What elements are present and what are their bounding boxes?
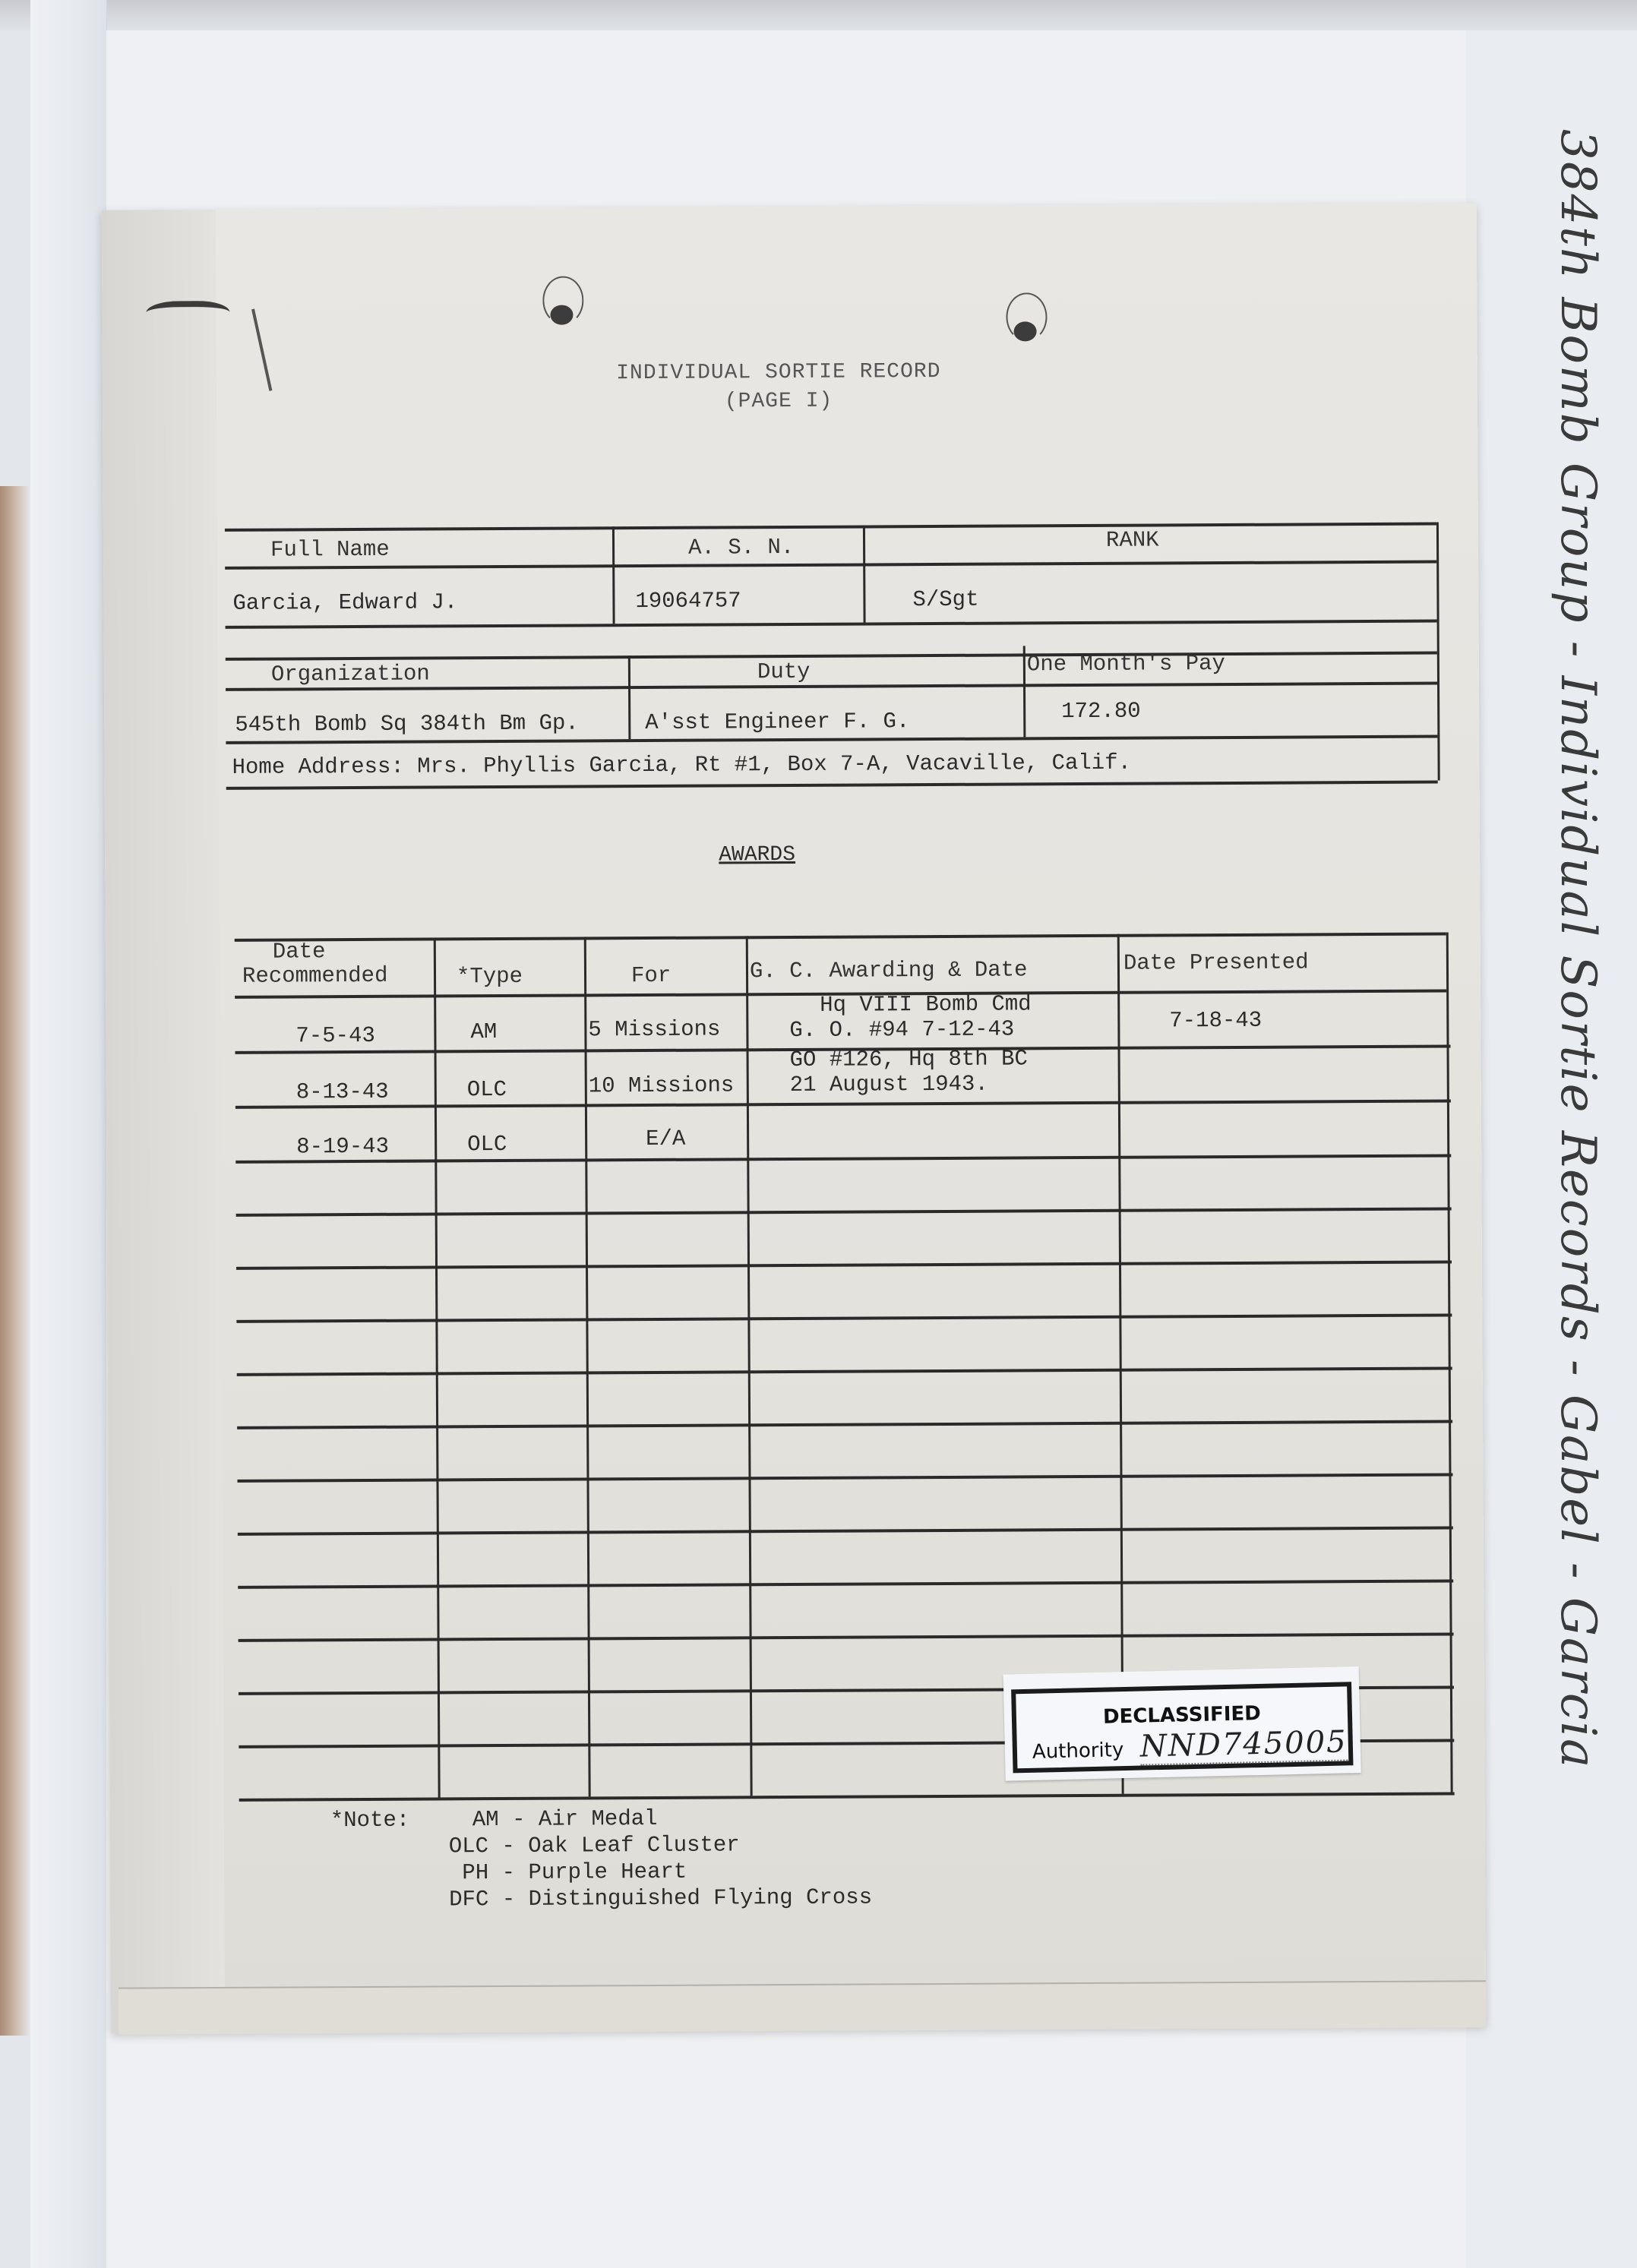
- sortie-record-page: INDIVIDUAL SORTIE RECORD (PAGE I) Full N…: [102, 203, 1487, 2033]
- declassified-stamp: DECLASSIFIED Authority NND745005: [1003, 1666, 1361, 1781]
- page-fold: [102, 210, 226, 2033]
- punch-hole-icon: [1006, 292, 1047, 341]
- col-header-gc-awarding: G. C. Awarding & Date: [750, 957, 1028, 984]
- handwritten-margin-note: 384th Bomb Group - Individual Sortie Rec…: [1550, 129, 1606, 1769]
- cell-date-presented: 7-18-43: [1169, 1008, 1262, 1034]
- staple-wire: [251, 308, 272, 390]
- col-header-date-presented: Date Presented: [1123, 949, 1309, 975]
- rank-value: S/Sgt: [912, 587, 978, 612]
- duty-value: A'sst Engineer F. G.: [645, 709, 909, 735]
- cell-for: 5 Missions: [588, 1017, 720, 1043]
- col-header-date-recommended: Date Recommended: [242, 940, 388, 989]
- cell-gc-line1: GO #126, Hq 8th BC: [790, 1046, 1028, 1072]
- cell-gc-line2: 21 August 1943.: [790, 1072, 988, 1098]
- folder-strip: [30, 0, 107, 2268]
- col-header-line: Date: [242, 940, 388, 965]
- home-address-value: Mrs. Phyllis Garcia, Rt #1, Box 7-A, Vac…: [417, 750, 1131, 779]
- cell-for: 10 Missions: [589, 1072, 735, 1098]
- legend-code: AM: [423, 1806, 499, 1834]
- title-text: INDIVIDUAL SORTIE RECORD: [589, 358, 969, 389]
- duty-label: Duty: [757, 659, 811, 684]
- page-bottom-edge: [119, 1980, 1486, 2034]
- home-address-label: Home Address:: [232, 754, 403, 780]
- stamp-border: DECLASSIFIED Authority NND745005: [1011, 1682, 1353, 1773]
- document-title: INDIVIDUAL SORTIE RECORD (PAGE I): [589, 358, 969, 418]
- organization-value: 545th Bomb Sq 384th Bm Gp.: [235, 710, 579, 737]
- legend-code: OLC: [412, 1833, 488, 1860]
- legend-item: DFC - Distinguished Flying Cross: [330, 1884, 872, 1913]
- awards-heading: AWARDS: [719, 843, 795, 867]
- legend-meaning: Purple Heart: [528, 1859, 687, 1885]
- legend-meaning: Distinguished Flying Cross: [529, 1884, 873, 1911]
- stamp-authority-value: NND745005: [1139, 1724, 1348, 1765]
- asn-value: 19064757: [635, 588, 741, 614]
- legend-item: PH - Purple Heart: [330, 1857, 872, 1887]
- organization-label: Organization: [271, 662, 430, 687]
- type-legend: *Note: AM - Air Medal OLC - Oak Leaf Clu…: [330, 1804, 872, 1913]
- cell-gc-line2: G. O. #94 7-12-43: [789, 1016, 1014, 1043]
- pay-label: One Month's Pay: [1027, 651, 1225, 677]
- cell-for: E/A: [646, 1126, 685, 1151]
- legend-code: PH: [412, 1859, 488, 1887]
- page-number: (PAGE I): [589, 387, 969, 418]
- col-header-type: *Type: [457, 964, 523, 989]
- cell-type: AM: [470, 1019, 497, 1044]
- asn-label: A. S. N.: [688, 535, 794, 561]
- cell-date-recommended: 7-5-43: [295, 1023, 375, 1049]
- legend-item: OLC - Oak Leaf Cluster: [330, 1831, 872, 1860]
- home-address-line: Home Address: Mrs. Phyllis Garcia, Rt #1…: [232, 750, 1131, 780]
- legend-label: *Note:: [330, 1808, 410, 1834]
- legend-item: *Note: AM - Air Medal: [330, 1804, 872, 1834]
- legend-meaning: Air Medal: [539, 1806, 658, 1832]
- cell-type: OLC: [467, 1077, 507, 1102]
- legend-code: DFC: [412, 1886, 488, 1913]
- pay-value: 172.80: [1061, 699, 1141, 725]
- background-shadow: [0, 0, 1637, 30]
- punch-hole-icon: [542, 276, 583, 324]
- staple-icon: [146, 301, 229, 330]
- col-header-line: Recommended: [242, 964, 388, 989]
- cell-date-recommended: 8-19-43: [296, 1134, 389, 1160]
- col-header-for: For: [631, 963, 671, 988]
- full-name-label: Full Name: [270, 537, 390, 563]
- cell-gc-line1: Hq VIII Bomb Cmd: [820, 991, 1032, 1017]
- folder-edge: [0, 486, 30, 2036]
- cell-date-recommended: 8-13-43: [296, 1079, 389, 1105]
- rank-label: RANK: [1106, 527, 1159, 552]
- legend-meaning: Oak Leaf Cluster: [528, 1832, 740, 1858]
- cell-type: OLC: [467, 1132, 507, 1157]
- full-name-value: Garcia, Edward J.: [232, 589, 457, 616]
- stamp-authority-label: Authority: [1032, 1739, 1124, 1764]
